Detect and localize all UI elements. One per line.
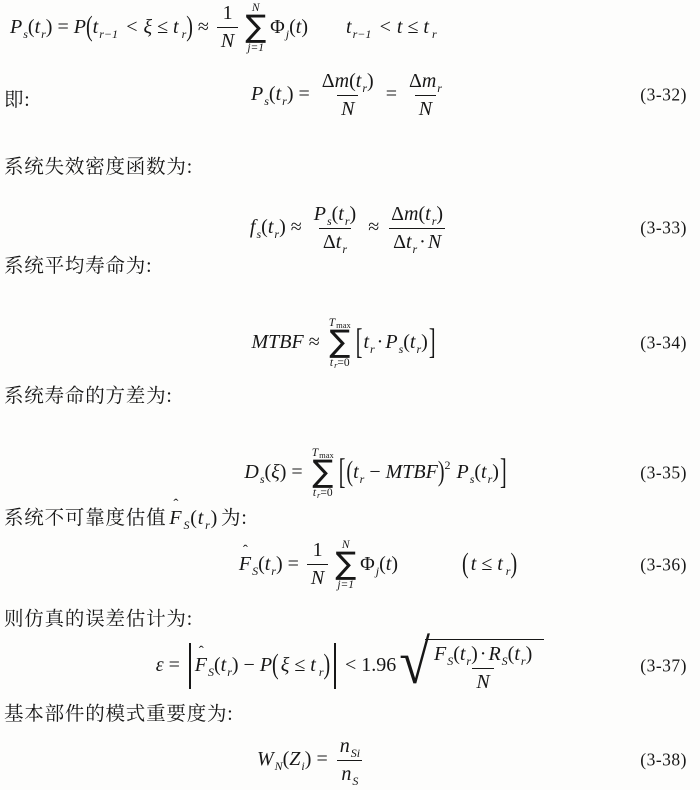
math-token: MTBF xyxy=(252,331,304,353)
math-token: ) xyxy=(391,553,398,575)
sigma-symbol: ∑ xyxy=(335,551,356,578)
radicand: FS(tr)·RS(tr)N xyxy=(425,639,544,694)
math-token: F xyxy=(434,643,446,665)
equation-row-3-34: MTBF≈Tmax∑tr=0[tr·Ps(tr)] (3-34) xyxy=(0,304,700,382)
f-hat: ˆF xyxy=(239,552,251,576)
math-token: Z xyxy=(289,748,300,770)
equation-3-34: MTBF≈Tmax∑tr=0[tr·Ps(tr)] xyxy=(252,317,437,370)
subscript: r−1 xyxy=(353,27,372,41)
math-token: ( xyxy=(379,553,386,575)
math-token: ( xyxy=(28,16,35,38)
math-token: = xyxy=(57,16,68,38)
equation-3-36: ˆFS(tr)=1NN∑j=1Φj(t)(t ≤ tr) xyxy=(239,539,517,592)
hat-accent: ˆ xyxy=(243,544,248,559)
denominator: Δtr·N xyxy=(389,228,445,254)
numerator: Δmr xyxy=(405,70,446,95)
denominator: Δtr xyxy=(319,228,351,254)
label-failure-density: 系统失效密度函数为: xyxy=(4,151,193,179)
sum-lower-limit: tr=0 xyxy=(313,487,333,500)
math-token: t xyxy=(268,216,274,238)
math-token: = xyxy=(288,553,299,575)
equation-number-3-34: (3-34) xyxy=(640,333,687,354)
subscript: r−1 xyxy=(99,27,118,41)
right-paren: ) xyxy=(438,454,445,489)
left-bracket: [ xyxy=(356,320,363,363)
math-token: = xyxy=(316,748,327,770)
fraction: Ps(tr)Δtr xyxy=(310,203,360,254)
math-token: t xyxy=(425,203,431,225)
equation-3-32: Ps(tr)=Δm(tr)N=ΔmrN xyxy=(251,70,449,121)
math-token: =0 xyxy=(320,487,332,499)
right-bracket: ] xyxy=(500,450,507,493)
fraction: Δm(tr)Δtr·N xyxy=(387,203,447,254)
math-token: =0 xyxy=(337,357,349,369)
summation: Tmax∑tr=0 xyxy=(329,317,351,370)
denominator: nS xyxy=(337,760,362,786)
abs-bar xyxy=(189,643,191,689)
radical-symbol: √ xyxy=(399,634,430,692)
math-token: t xyxy=(330,357,333,369)
math-token: t xyxy=(93,16,99,38)
math-token: = xyxy=(386,83,397,105)
math-token: < xyxy=(345,654,356,676)
numerator: FS(tr)·RS(tr) xyxy=(430,643,536,668)
math-token: = xyxy=(169,654,180,676)
math-token: t xyxy=(481,461,487,483)
math-token: t xyxy=(353,461,359,483)
denominator: N xyxy=(307,564,328,590)
equation-row-3-37: ε=ˆFS(tr)−P(ξ ≤ tr)<1.96√FS(tr)·RS(tr)N … xyxy=(0,632,700,700)
equation-number-3-32: (3-32) xyxy=(640,85,687,106)
math-token: R xyxy=(488,643,500,665)
math-token: ) xyxy=(276,553,283,575)
equation-number-3-36: (3-36) xyxy=(640,555,687,576)
math-token: ) xyxy=(367,70,374,92)
sum-lower-limit: j=1 xyxy=(247,42,264,55)
math-token: P xyxy=(314,203,326,225)
math-token: ( xyxy=(453,643,460,665)
math-token: ) xyxy=(211,507,218,529)
equation-number-3-35: (3-35) xyxy=(640,463,687,484)
math-token: · xyxy=(419,231,426,253)
math-token: Φ xyxy=(360,553,375,575)
sigma-symbol: ∑ xyxy=(329,329,350,356)
left-bracket: [ xyxy=(339,450,346,493)
math-token: P xyxy=(456,461,468,483)
fraction: nSinS xyxy=(336,735,364,786)
math-token: t xyxy=(356,70,362,92)
sigma-symbol: ∑ xyxy=(245,14,266,41)
summation: Tmax∑tr=0 xyxy=(312,447,334,500)
math-token: Δ xyxy=(323,231,336,253)
superscript: 2 xyxy=(444,458,450,472)
math-token: ≈ xyxy=(309,331,320,353)
math-token: ξ ≤ t xyxy=(281,654,316,676)
math-token: Δ xyxy=(409,70,422,92)
subscript: r xyxy=(413,242,418,256)
math-token: n xyxy=(341,763,351,785)
math-token: P xyxy=(74,16,86,38)
math-token: ) xyxy=(471,643,478,665)
left-paren: ( xyxy=(462,546,469,581)
sum-lower-limit: tr=0 xyxy=(330,357,350,370)
math-token: Δ xyxy=(322,70,335,92)
math-token: ) xyxy=(232,654,239,676)
math-token: ( xyxy=(190,507,197,529)
subscript: r xyxy=(342,242,347,256)
math-token: D xyxy=(244,461,258,483)
math-token: n xyxy=(340,735,350,757)
hat-accent: ˆ xyxy=(173,498,179,513)
right-paren: ) xyxy=(186,9,193,44)
sigma-symbol: ∑ xyxy=(312,459,333,486)
math-token: t xyxy=(338,203,344,225)
right-paren: ) xyxy=(323,647,330,682)
equation-number-3-38: (3-38) xyxy=(640,750,687,771)
label-life-variance: 系统寿命的方差为: xyxy=(4,380,173,408)
label-unreliability: 系统不可靠度估值ˆFS(tr)为: xyxy=(4,502,248,530)
math-token: N xyxy=(428,231,441,253)
math-token: t xyxy=(514,643,520,665)
equation-row-3-36: ˆFS(tr)=1NN∑j=1Φj(t)(t ≤ tr) (3-36) xyxy=(0,536,700,594)
hat-accent: ˆ xyxy=(199,645,204,660)
f-hat: ˆF xyxy=(169,506,182,530)
math-token: W xyxy=(257,748,274,770)
math-token: 1.96 xyxy=(361,654,396,676)
math-token: t xyxy=(336,231,342,253)
math-token: ) xyxy=(280,461,287,483)
left-paren: ( xyxy=(86,9,93,44)
sum-lower-limit: j=1 xyxy=(337,579,354,592)
math-token: t xyxy=(460,643,466,665)
label-mean-life: 系统平均寿命为: xyxy=(4,250,152,278)
math-token: − xyxy=(244,654,255,676)
math-token: ) xyxy=(492,461,499,483)
right-paren: ) xyxy=(510,546,517,581)
math-token: t xyxy=(198,507,204,529)
label-error-estimate: 则仿真的误差估计为: xyxy=(4,603,193,631)
math-token: P xyxy=(260,654,272,676)
math-token: = xyxy=(299,83,310,105)
label-text: 为: xyxy=(221,508,248,529)
equation-3-38: WN(Zi)=nSinS xyxy=(257,735,367,786)
left-paren: ( xyxy=(272,647,279,682)
denominator: N xyxy=(472,668,493,694)
numerator: 1 xyxy=(219,2,237,27)
fraction: ΔmrN xyxy=(405,70,446,121)
numerator: Ps(tr) xyxy=(310,203,360,228)
math-token: m xyxy=(404,203,418,225)
math-token: ( xyxy=(264,461,271,483)
fraction: FS(tr)·RS(tr)N xyxy=(430,643,536,694)
inline-math-fs: ˆFS(tr) xyxy=(169,507,218,529)
subscript: r xyxy=(437,81,442,95)
math-token: ( xyxy=(474,461,481,483)
math-token: ( xyxy=(214,654,221,676)
equation-pre: Ps(tr)=P(tr−1 < ξ ≤ tr)≈1NN∑j=1Φj(t)tr−1… xyxy=(10,2,437,55)
subscript: r xyxy=(432,27,437,41)
math-token: m xyxy=(422,70,436,92)
math-token: t xyxy=(276,83,282,105)
math-token: ε xyxy=(156,654,164,676)
left-paren: ( xyxy=(346,454,353,489)
math-token: t xyxy=(265,553,271,575)
subscript: S xyxy=(352,774,358,788)
math-token: ) xyxy=(526,643,533,665)
math-token: ≈ xyxy=(198,16,209,38)
equation-row-3-35: Ds(ξ)=Tmax∑tr=0[(tr−MTBF)2Ps(tr)] (3-35) xyxy=(0,434,700,512)
math-token: ) xyxy=(301,16,308,38)
f-hat: ˆF xyxy=(195,653,207,677)
math-token: ≈ xyxy=(291,216,302,238)
math-token: ( xyxy=(269,83,276,105)
subscript: r xyxy=(370,342,375,356)
math-token: t xyxy=(313,487,316,499)
numerator: Δm(tr) xyxy=(387,203,447,228)
fraction: Δm(tr)N xyxy=(318,70,378,121)
math-token: t xyxy=(363,331,369,353)
math-token: f xyxy=(250,216,256,238)
abs-bar xyxy=(334,643,336,689)
math-token: Φ xyxy=(270,16,285,38)
right-bracket: ] xyxy=(429,320,436,363)
equation-row-3-32: Ps(tr)=Δm(tr)N=ΔmrN (3-32) xyxy=(0,66,700,124)
math-token: ) xyxy=(305,748,312,770)
equation-3-37: ε=ˆFS(tr)−P(ξ ≤ tr)<1.96√FS(tr)·RS(tr)N xyxy=(156,639,544,694)
equation-number-3-37: (3-37) xyxy=(640,656,687,677)
math-token: Δ xyxy=(393,231,406,253)
math-token: ≈ xyxy=(368,216,379,238)
denominator: N xyxy=(337,95,358,121)
math-token: P xyxy=(385,331,397,353)
math-token: t xyxy=(346,16,352,38)
math-token: MTBF xyxy=(386,461,438,483)
numerator: nSi xyxy=(336,735,364,760)
label-text: 系统不可靠度估值 xyxy=(4,508,166,529)
math-token: Δ xyxy=(391,203,404,225)
fraction: 1N xyxy=(307,539,328,590)
math-token: ( xyxy=(258,553,265,575)
denominator: N xyxy=(217,27,238,53)
math-token: m xyxy=(335,70,349,92)
subscript: r xyxy=(360,472,365,486)
numerator: 1 xyxy=(309,539,327,564)
math-token: ) xyxy=(287,83,294,105)
summation: N∑j=1 xyxy=(245,2,266,55)
subscript: Si xyxy=(351,746,360,760)
math-token: P xyxy=(10,16,22,38)
summation: N∑j=1 xyxy=(335,539,356,592)
math-token: · xyxy=(377,331,384,353)
math-token: ) xyxy=(279,216,286,238)
math-token: P xyxy=(251,83,263,105)
radical: √FS(tr)·RS(tr)N xyxy=(399,639,544,694)
math-token: t ≤ t xyxy=(471,553,503,575)
math-token: ) xyxy=(350,203,357,225)
document-page: Ps(tr)=P(tr−1 < ξ ≤ tr)≈1NN∑j=1Φj(t)tr−1… xyxy=(0,0,700,790)
math-token: = xyxy=(291,461,302,483)
fraction: 1N xyxy=(217,2,238,53)
label-mode-importance: 基本部件的模式重要度为: xyxy=(4,698,234,726)
equation-row-3-38: WN(Zi)=nSinS (3-38) xyxy=(0,730,700,790)
math-token: ( xyxy=(289,16,296,38)
math-token: ) xyxy=(46,16,53,38)
math-token: ( xyxy=(261,216,268,238)
math-token: t xyxy=(410,331,416,353)
equation-number-3-33: (3-33) xyxy=(640,218,687,239)
math-token: t xyxy=(221,654,227,676)
math-token: − xyxy=(369,461,380,483)
math-token: · xyxy=(480,643,487,665)
math-token: < ξ ≤ t xyxy=(120,16,179,38)
math-token: t xyxy=(35,16,41,38)
equation-row-pre: Ps(tr)=P(tr−1 < ξ ≤ tr)≈1NN∑j=1Φj(t)tr−1… xyxy=(0,0,700,56)
math-token: ) xyxy=(421,331,428,353)
denominator: N xyxy=(415,95,436,121)
math-token: ( xyxy=(349,70,356,92)
math-token: ) xyxy=(436,203,443,225)
math-token: < t ≤ t xyxy=(373,16,429,38)
math-token: t xyxy=(406,231,412,253)
equation-3-33: fs(tr)≈Ps(tr)Δtr≈Δm(tr)Δtr·N xyxy=(250,203,450,254)
equation-3-35: Ds(ξ)=Tmax∑tr=0[(tr−MTBF)2Ps(tr)] xyxy=(244,447,507,500)
numerator: Δm(tr) xyxy=(318,70,378,95)
subscript: N xyxy=(275,759,283,773)
